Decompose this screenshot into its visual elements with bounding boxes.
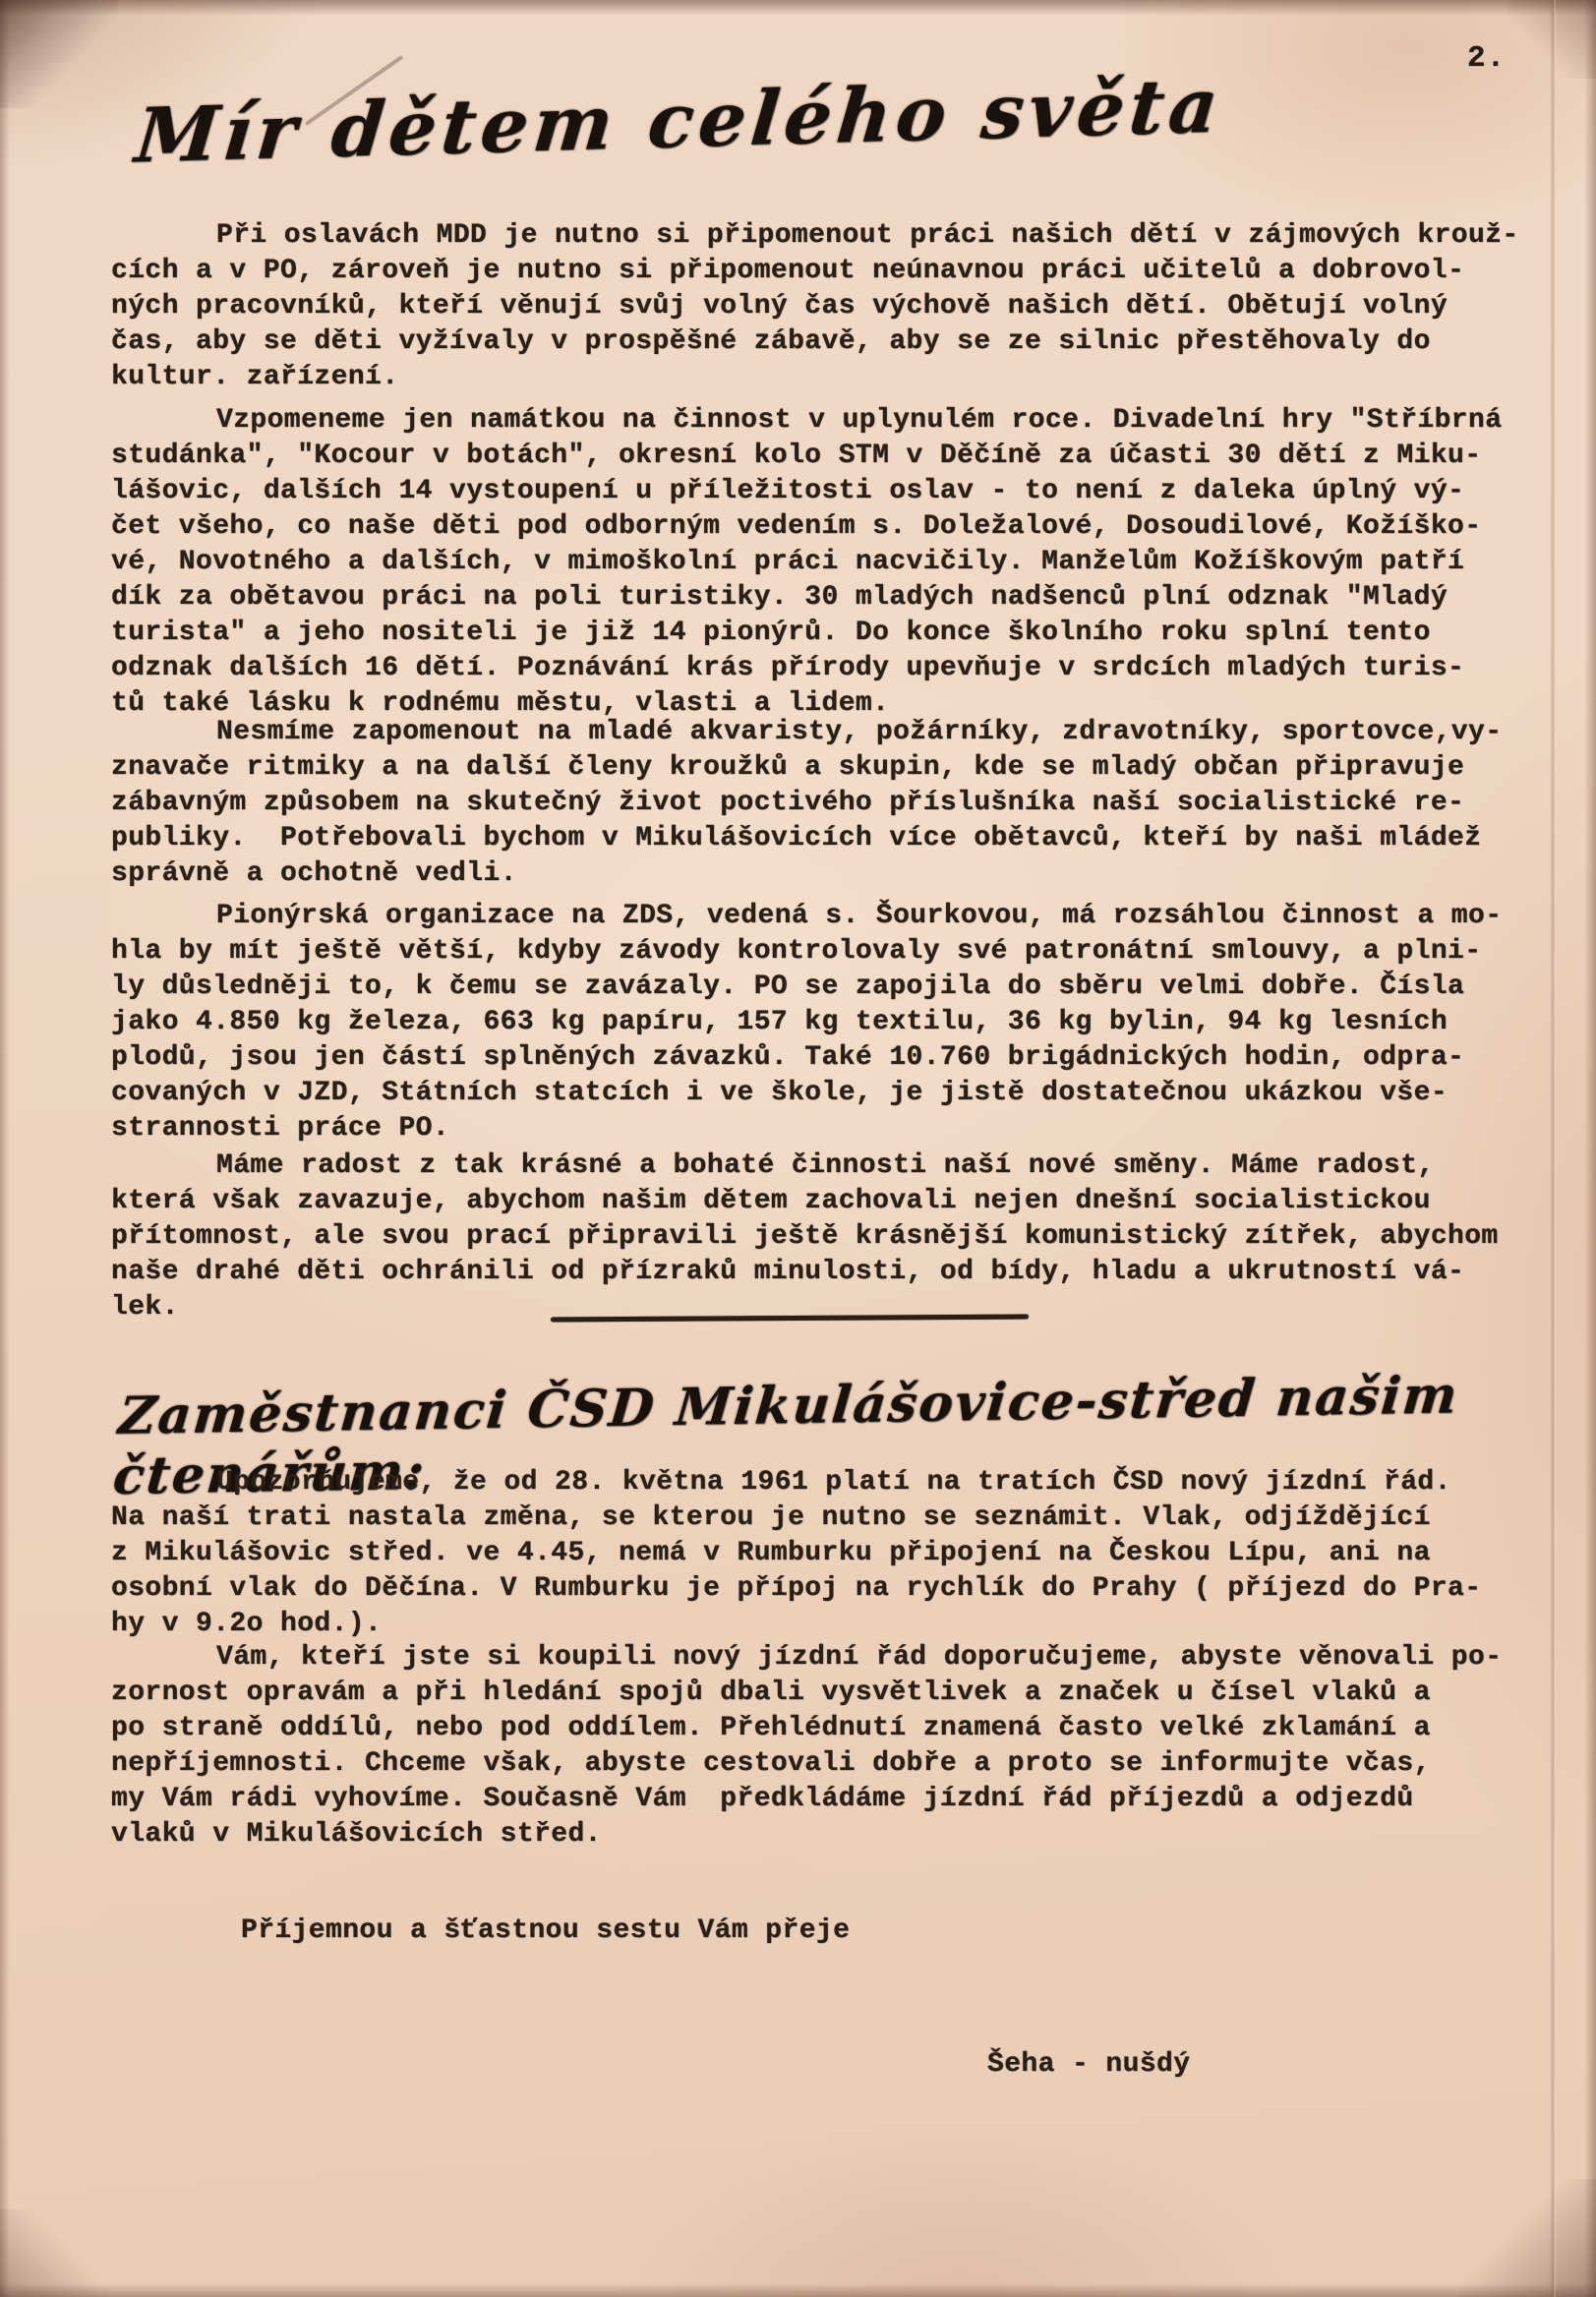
text-line: Vzpomeneme jen namátkou na činnost v upl… bbox=[111, 403, 1537, 439]
page-number: 2. bbox=[1467, 41, 1506, 76]
text-line: naše drahé děti ochránili od přízraků mi… bbox=[111, 1255, 1537, 1290]
paper-corner-fold bbox=[0, 0, 118, 108]
text-line: nepříjemnosti. Chceme však, abyste cesto… bbox=[111, 1746, 1537, 1782]
text-line: přítomnost, ale svou prací připravili je… bbox=[111, 1219, 1537, 1255]
signature: Šeha - nušdý bbox=[987, 2047, 1190, 2083]
text-line: osobní vlak do Děčína. V Rumburku je pří… bbox=[111, 1571, 1537, 1607]
text-line: zábavným způsobem na skutečný život poct… bbox=[111, 786, 1537, 821]
text-line: znavače ritmiky a na další členy kroužků… bbox=[111, 750, 1537, 786]
text-line: my Vám rádi vyhovíme. Současně Vám předk… bbox=[111, 1782, 1537, 1817]
text-line: Upozorňujeme, že od 28. května 1961 plat… bbox=[111, 1465, 1537, 1501]
paragraph: Upozorňujeme, že od 28. května 1961 plat… bbox=[111, 1465, 1537, 1642]
text-line: dík za obětavou práci na poli turistiky.… bbox=[111, 580, 1537, 616]
paragraph: Vzpomeneme jen namátkou na činnost v upl… bbox=[111, 403, 1537, 722]
text-line: Při oslavách MDD je nutno si připomenout… bbox=[111, 218, 1537, 254]
text-line: čet všeho, co naše děti pod odborným ved… bbox=[111, 509, 1537, 545]
text-line: čas, aby se děti vyžívaly v prospěšné zá… bbox=[111, 324, 1537, 360]
text-line: publiky. Potřebovali bychom v Mikulášovi… bbox=[111, 821, 1537, 856]
document-page: 2. Mír dětem celého světa Při oslavách M… bbox=[0, 0, 1596, 2297]
text-line: hy v 9.2o hod.). bbox=[111, 1607, 1537, 1642]
text-line: zornost opravám a při hledání spojů dbal… bbox=[111, 1676, 1537, 1711]
text-line: studánka", "Kocour v botách", okresní ko… bbox=[111, 439, 1537, 474]
paper-crease bbox=[1550, 0, 1556, 2297]
paragraph: Máme radost z tak krásné a bohaté činnos… bbox=[111, 1148, 1537, 1325]
text-line: hla by mít ještě větší, kdyby závody kon… bbox=[111, 934, 1537, 970]
paper-corner-shadow bbox=[1458, 2179, 1596, 2297]
text-line: jako 4.850 kg železa, 663 kg papíru, 157… bbox=[111, 1005, 1537, 1040]
text-line: ly důsledněji to, k čemu se zavázaly. PO… bbox=[111, 970, 1537, 1005]
text-line: plodů, jsou jen částí splněných závazků.… bbox=[111, 1040, 1537, 1076]
text-line: vlaků v Mikulášovicích střed. bbox=[111, 1817, 1537, 1853]
text-line: která však zavazuje, abychom našim dětem… bbox=[111, 1184, 1537, 1219]
text-line: ných pracovníků, kteří věnují svůj volný… bbox=[111, 289, 1537, 324]
paragraph: Pionýrská organizace na ZDS, vedená s. Š… bbox=[111, 899, 1537, 1147]
text-line: cích a v PO, zároveň je nutno si připome… bbox=[111, 254, 1537, 289]
text-line: Vám, kteří jste si koupili nový jízdní ř… bbox=[111, 1640, 1537, 1676]
text-line: kultur. zařízení. bbox=[111, 360, 1537, 395]
text-line: covaných v JZD, Státních statcích i ve š… bbox=[111, 1076, 1537, 1111]
text-line: Na naší trati nastala změna, se kterou j… bbox=[111, 1501, 1537, 1536]
text-line: turista" a jeho nositeli je již 14 pioný… bbox=[111, 616, 1537, 651]
text-line: z Mikulášovic střed. ve 4.45, nemá v Rum… bbox=[111, 1536, 1537, 1571]
text-line: odznak dalších 16 dětí. Poznávání krás p… bbox=[111, 651, 1537, 686]
paper-edge-shadow-left bbox=[0, 0, 10, 2297]
text-line: Nesmíme zapomenout na mladé akvaristy, p… bbox=[111, 715, 1537, 750]
text-line: Pionýrská organizace na ZDS, vedená s. Š… bbox=[111, 899, 1537, 934]
closing-wish: Příjemnou a šťastnou sestu Vám přeje bbox=[241, 1914, 850, 1949]
paragraph: Při oslavách MDD je nutno si připomenout… bbox=[111, 218, 1537, 395]
text-line: Máme radost z tak krásné a bohaté činnos… bbox=[111, 1148, 1537, 1184]
text-line: správně a ochotně vedli. bbox=[111, 856, 1537, 892]
paper-edge-shadow-top bbox=[0, 0, 1596, 16]
article1-handwritten-title: Mír dětem celého světa bbox=[132, 61, 1226, 179]
text-line: lášovic, dalších 14 vystoupení u příleži… bbox=[111, 474, 1537, 509]
paragraph: Nesmíme zapomenout na mladé akvaristy, p… bbox=[111, 715, 1537, 892]
text-line: po straně oddílů, nebo pod oddílem. Přeh… bbox=[111, 1711, 1537, 1746]
paragraph: Vám, kteří jste si koupili nový jízdní ř… bbox=[111, 1640, 1537, 1853]
text-line: vé, Novotného a dalších, v mimoškolní pr… bbox=[111, 545, 1537, 580]
paper-edge-shadow-right bbox=[1584, 0, 1596, 2297]
paper-corner-shadow bbox=[0, 2209, 108, 2297]
text-line: strannosti práce PO. bbox=[111, 1111, 1537, 1147]
paper-edge-shadow-bottom bbox=[0, 2283, 1596, 2297]
